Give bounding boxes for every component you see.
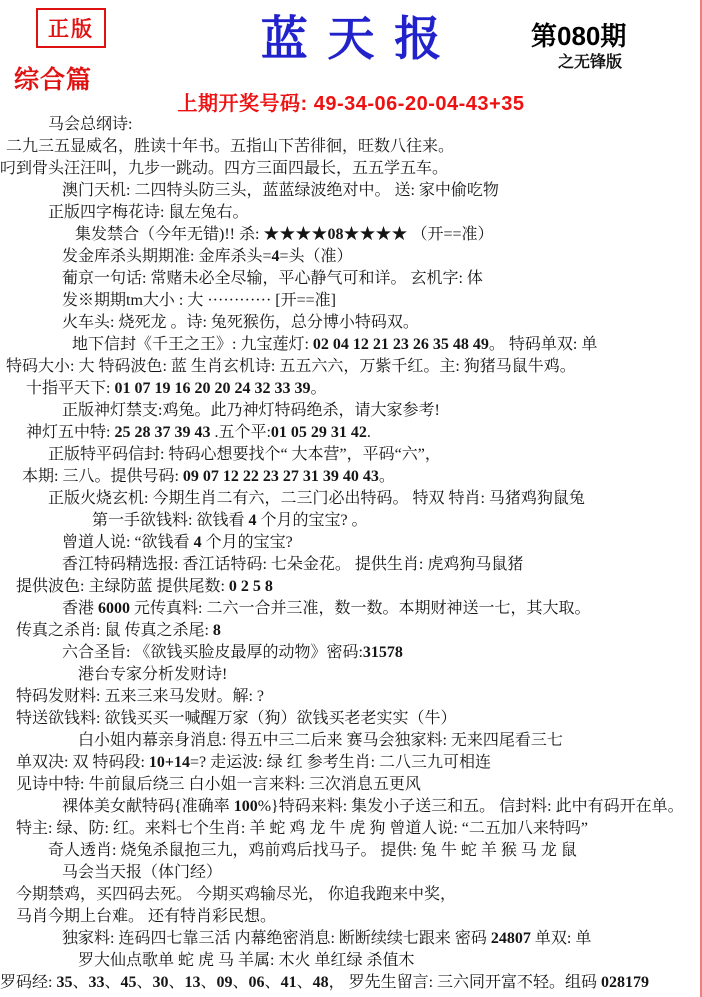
text-line: 曾道人说: “欲钱看 4 个月的宝宝? bbox=[0, 532, 700, 554]
newspaper-page: 正版 蓝天报 第080期 之无锋版 综合篇 上期开奖号码: 49-34-06-2… bbox=[0, 0, 702, 997]
edition-label: 之无锋版 bbox=[558, 49, 622, 72]
text-line: 十指平天下: 01 07 19 16 20 20 24 32 33 39。 bbox=[0, 378, 700, 400]
text-line: 特码发财料: 五来三来马发财。解: ? bbox=[0, 686, 700, 708]
text-line: 第一手欲钱料: 欲钱看 4 个月的宝宝? 。 bbox=[0, 510, 700, 532]
text-line: 正版特平码信封: 特码心想要找个“ 大本营”，平码“六”， bbox=[0, 444, 700, 466]
text-line: 今期禁鸡，买四码去死。 今期买鸡输尽光， 你追我跑来中奖， bbox=[0, 884, 700, 906]
text-line: 提供波色: 主绿防蓝 提供尾数: 0 2 5 8 bbox=[0, 576, 700, 598]
text-line: 港台专家分析发财诗! bbox=[0, 664, 700, 686]
text-line: 裸体美女献特码{准确率 100%}特码来料: 集发小子送三和五。 信封料: 此中… bbox=[0, 796, 700, 818]
text-line: 罗大仙点歌单 蛇 虎 马 羊属: 木火 单红绿 杀值木 bbox=[0, 950, 700, 972]
text-line: 澳门天机: 二四特头防三头，蓝蓝绿波绝对中。 送: 家中偷吃物 bbox=[0, 180, 700, 202]
text-line: 地下信封《千王之王》: 九宝莲灯: 02 04 12 21 23 26 35 4… bbox=[0, 334, 700, 356]
text-line: 单双决: 双 特码段: 10+14=? 走运波: 绿 红 参考生肖: 二八三九可… bbox=[0, 752, 700, 774]
text-line: 独家料: 连码四七靠三活 内幕绝密消息: 断断续续七跟来 密码 24807 单双… bbox=[0, 928, 700, 950]
text-line: 香江特码精选报: 香江话特码: 七朵金花。 提供生肖: 虎鸡狗马鼠猪 bbox=[0, 554, 700, 576]
text-line: 马肖今期上台难。 还有特肖彩民想。 bbox=[0, 906, 700, 928]
text-line: 特码大小: 大 特码波色: 蓝 生肖玄机诗: 五五六六，万紫千红。主: 狗猪马鼠… bbox=[0, 356, 700, 378]
text-line: 传真之杀肖: 鼠 传真之杀尾: 8 bbox=[0, 620, 700, 642]
text-line: 本期: 三八。提供号码: 09 07 12 22 23 27 31 39 40 … bbox=[0, 466, 700, 488]
issue-number: 第080期 bbox=[531, 16, 626, 53]
text-line: 发金库杀头期期准: 金库杀头=4=头（准） bbox=[0, 246, 700, 268]
body-lines: 马会总纲诗:二九三五显威名，胜读十年书。五指山下苦徘徊，旺数八往来。叼到骨头汪汪… bbox=[0, 114, 700, 994]
text-line: 罗码经: 35、33、45、30、13、09、06、41、48， 罗先生留言: … bbox=[0, 972, 700, 994]
text-line: 特主: 绿、防: 红。来料七个生肖: 羊 蛇 鸡 龙 牛 虎 狗 曾道人说: “… bbox=[0, 818, 700, 840]
text-line: 奇人透肖: 烧兔杀鼠抱三九，鸡前鸡后找马子。 提供: 兔 牛 蛇 羊 猴 马 龙… bbox=[0, 840, 700, 862]
text-line: 正版火烧玄机: 今期生肖二有六，二三门必出特码。 特双 特肖: 马猪鸡狗鼠兔 bbox=[0, 488, 700, 510]
text-line: 二九三五显威名，胜读十年书。五指山下苦徘徊，旺数八往来。 bbox=[0, 136, 700, 158]
text-line: 神灯五中特: 25 28 37 39 43 .五个平:01 05 29 31 4… bbox=[0, 422, 700, 444]
text-line: 集发禁合（今年无错)!! 杀: ★★★★08★★★★ （开==准） bbox=[0, 224, 700, 246]
text-line: 马会当天报（体门经） bbox=[0, 862, 700, 884]
text-line: 正版四字梅花诗: 鼠左兔右。 bbox=[0, 202, 700, 224]
text-line: 火车头: 烧死龙 。诗: 兔死猴伤，总分博小特码双。 bbox=[0, 312, 700, 334]
text-line: 葡京一句话: 常赌未必全尽输，平心静气可和详。 玄机字: 体 bbox=[0, 268, 700, 290]
text-line: 发※期期tm大小 : 大 ············ [开==准] bbox=[0, 290, 700, 312]
text-line: 特送欲钱料: 欲钱买买一喊醒万家（狗）欲钱买老老实实（牛） bbox=[0, 708, 700, 730]
text-line: 正版神灯禁支:鸡兔。此乃神灯特码绝杀，请大家参考! bbox=[0, 400, 700, 422]
text-line: 叼到骨头汪汪叫，九步一跳动。四方三面四最长，五五学五车。 bbox=[0, 158, 700, 180]
text-line: 六合圣旨: 《欲钱买脸皮最厚的动物》密码:31578 bbox=[0, 642, 700, 664]
last-draw-numbers: 上期开奖号码: 49-34-06-20-04-43+35 bbox=[0, 87, 702, 116]
text-line: 见诗中特: 牛前鼠后绕三 白小姐一言来料: 三次消息五更风 bbox=[0, 774, 700, 796]
text-line: 香港 6000 元传真料: 二六一合并三准，数一数。本期财神送一七，其大取。 bbox=[0, 598, 700, 620]
text-line: 马会总纲诗: bbox=[0, 114, 700, 136]
text-line: 白小姐内幕亲身消息: 得五中三二后来 赛马会独家料: 无来四尾看三七 bbox=[0, 730, 700, 752]
